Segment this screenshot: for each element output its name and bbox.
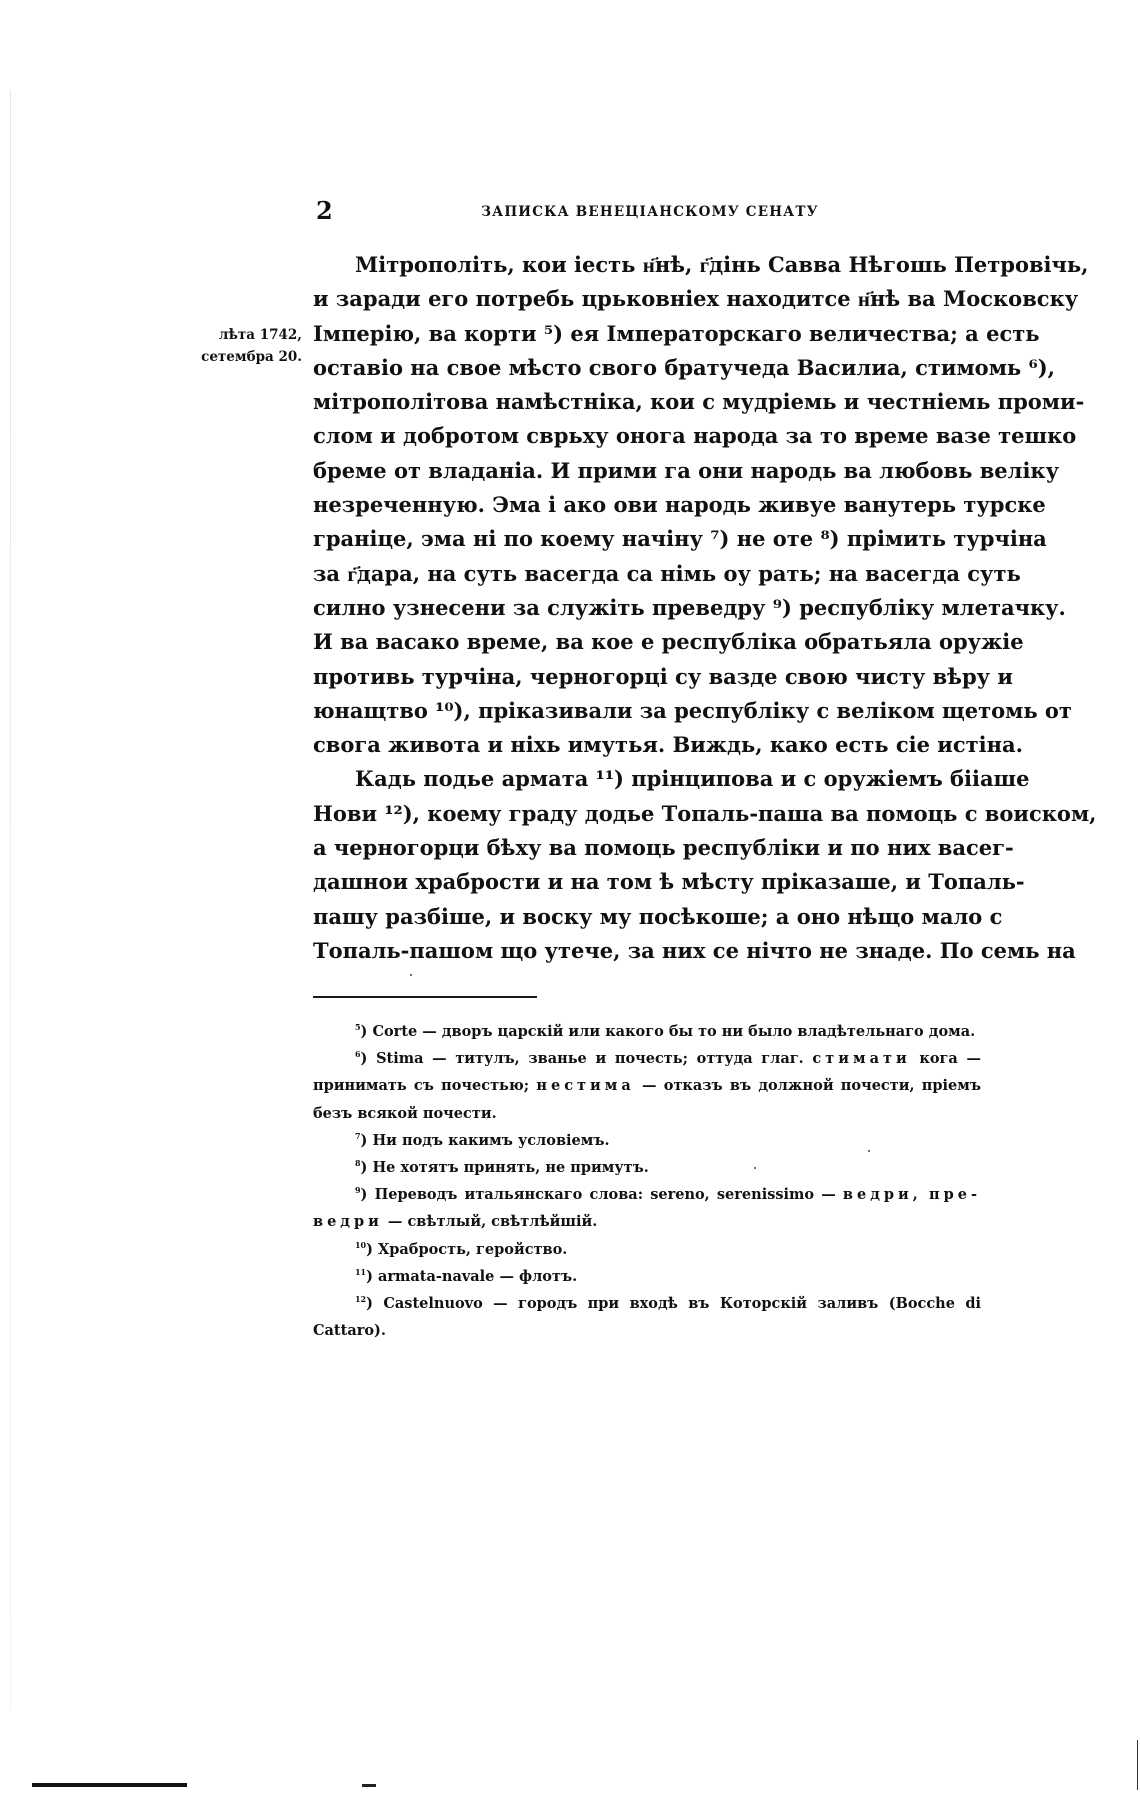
- footnote-text: принимать съ почестью;: [313, 1077, 529, 1094]
- footnote-term: пре-: [929, 1186, 981, 1203]
- footnote-text: Переводъ итальянскаго слова: sereno, ser…: [375, 1186, 836, 1203]
- footnote-9: 9) Переводъ итальянскаго слова: sereno, …: [313, 1181, 981, 1208]
- margin-note-line: сетембра 20.: [180, 346, 302, 368]
- footnote-text: Cattaro).: [313, 1322, 386, 1339]
- footnote-9-cont: ведри — свѣтлый, свѣтлѣйшій.: [313, 1208, 981, 1235]
- body-line: свога живота и ніхь имутья. Виждь, како …: [313, 728, 981, 762]
- footnote-text: кога —: [919, 1050, 981, 1067]
- footnote-8: 8) Не хотятъ принять, не примутъ.: [313, 1154, 981, 1181]
- footnote-term: стимати: [812, 1050, 910, 1067]
- body-line: а черногорци бѣху ва помоць республіки и…: [313, 831, 981, 865]
- body-line: граніце, эма ні по коему начіну ⁷) не от…: [313, 522, 981, 556]
- footnote-mark: 8: [355, 1159, 361, 1168]
- footnote-term: нестима: [536, 1077, 634, 1094]
- footnote-11: 11) armata-navale — флотъ.: [313, 1263, 981, 1290]
- footnote-text: armata-navale — флотъ.: [378, 1268, 577, 1285]
- body-line: дашнои храбрости и на том ѣ мѣсту пріказ…: [313, 865, 981, 899]
- footnote-12: 12) Castelnuovo — городъ при входѣ въ Ко…: [313, 1290, 981, 1317]
- scan-artifact-bar: [32, 1783, 187, 1787]
- footnote-term: ведри: [313, 1213, 383, 1230]
- body-line: Нови ¹²), коему граду додье Топаль-паша …: [313, 797, 981, 831]
- body-line: пашу разбіше, и воску му посѣкоше; а оно…: [313, 900, 981, 934]
- footnote-text: Храбрость, геройство.: [378, 1241, 567, 1258]
- footnote-text: Castelnuovo — городъ при входѣ въ Которс…: [383, 1295, 981, 1312]
- body-line: силно узнесени за служіть преведру ⁹) ре…: [313, 591, 981, 625]
- footnote-term: ведри,: [843, 1186, 922, 1203]
- footnote-5: 5) Corte — дворъ царскій или какого бы т…: [313, 1018, 981, 1045]
- footnote-7: 7) Ни подъ какимъ условіемъ.: [313, 1127, 981, 1154]
- footnote-mark: 6: [355, 1050, 361, 1059]
- footnote-mark: 5: [355, 1023, 361, 1032]
- footnotes: 5) Corte — дворъ царскій или какого бы т…: [313, 1018, 981, 1344]
- body-line: и заради его потребь црьковніех находитс…: [313, 282, 981, 316]
- footnote-text: безъ всякой почести.: [313, 1105, 497, 1122]
- footnote-text: Stima — титулъ, званье и почесть; оттуда…: [376, 1050, 804, 1067]
- body-line: Топаль-пашом що утече, за них се нічто н…: [313, 934, 981, 968]
- footnote-mark: 11: [355, 1268, 366, 1277]
- body-line: незреченную. Эма і ако ови народь живуе …: [313, 488, 981, 522]
- footnote-6-cont: принимать съ почестью; нестима — отказъ …: [313, 1072, 981, 1099]
- running-head: ЗАПИСКА ВЕНЕЦІАНСКОМУ СЕНАТУ: [440, 204, 860, 220]
- footnote-12-cont: Cattaro).: [313, 1317, 981, 1344]
- margin-note-date: лѣта 1742, сетембра 20.: [180, 324, 302, 368]
- footnote-mark: 12: [355, 1295, 366, 1304]
- footnote-text: — свѣтлый, свѣтлѣйшій.: [388, 1213, 597, 1230]
- body-line: Кадь подье армата ¹¹) прінципова и с ору…: [313, 762, 981, 796]
- scan-edge-left: [10, 90, 11, 1710]
- body-line: оставіо на свое мѣсто свого братучеда Ва…: [313, 351, 981, 385]
- footnote-10: 10) Храбрость, геройство.: [313, 1236, 981, 1263]
- footnote-mark: 7: [355, 1132, 361, 1141]
- body-line: Мітрополіть, кои іесть н҃нѣ, г҃дінь Савв…: [313, 248, 981, 282]
- footnote-6-cont: безъ всякой почести.: [313, 1100, 981, 1127]
- margin-note-line: лѣта 1742,: [180, 324, 302, 346]
- body-line: юнащтво ¹⁰), пріказивали за республіку с…: [313, 694, 981, 728]
- footnote-text: Ни подъ какимъ условіемъ.: [372, 1132, 609, 1149]
- scan-edge-right: [1137, 1740, 1138, 1790]
- scan-artifact-mark: [362, 1784, 376, 1787]
- footnote-text: Не хотятъ принять, не примутъ.: [372, 1159, 648, 1176]
- footnote-mark: 9: [355, 1186, 361, 1195]
- body-text: Мітрополіть, кои іесть н҃нѣ, г҃дінь Савв…: [313, 248, 981, 968]
- footnote-divider: [313, 996, 537, 998]
- scan-speck: [410, 974, 412, 976]
- body-line: И ва васако време, ва кое е республіка о…: [313, 625, 981, 659]
- footnote-mark: 10: [355, 1241, 366, 1250]
- page-number: 2: [316, 196, 333, 225]
- body-line: за г҃дара, на суть васегда са німь оу ра…: [313, 557, 981, 591]
- footnote-text: — отказъ въ должной почести, пріемъ: [642, 1077, 981, 1094]
- body-line: противь турчіна, черногорці су вазде сво…: [313, 660, 981, 694]
- body-line: слом и добротом сврьху онога народа за т…: [313, 419, 981, 453]
- body-line: мітрополітова намѣстніка, кои с мудріемь…: [313, 385, 981, 419]
- footnote-text: Corte — дворъ царскій или какого бы то н…: [372, 1023, 975, 1040]
- body-line: бреме от владаніа. И прими га они народь…: [313, 454, 981, 488]
- footnote-6: 6) Stima — титулъ, званье и почесть; отт…: [313, 1045, 981, 1072]
- body-line: Імперію, ва корти ⁵) ея Імператорскаго в…: [313, 317, 981, 351]
